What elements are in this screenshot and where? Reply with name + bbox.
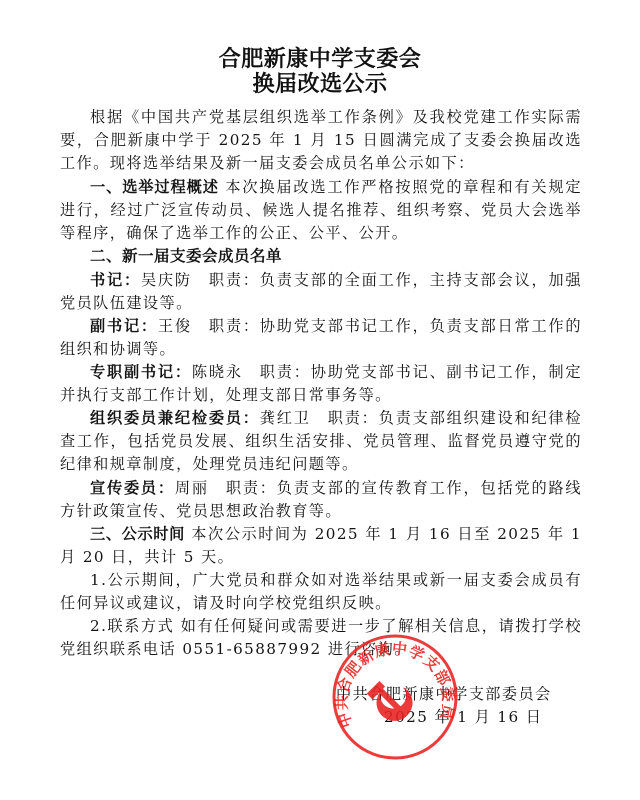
member-entry-organization-discipline: 组织委员兼纪检委员：龚红卫 职责：负责支部组织建设和纪律检查工作，包括党员发展、… — [60, 407, 582, 477]
member-role: 组织委员兼纪检委员： — [90, 409, 260, 427]
signature-date: 2025 年 1 月 16 日 — [384, 706, 542, 729]
notice-item-1: 1.公示期间，广大党员和群众如对选举结果或新一届支委会成员有任何异议或建议，请及… — [60, 569, 582, 615]
section2-heading: 二、新一届支委会成员名单 — [60, 245, 582, 268]
member-name: 陈晓永 — [192, 363, 243, 381]
member-role: 专职副书记： — [90, 363, 192, 381]
member-role: 书记： — [90, 271, 141, 289]
section1-heading: 一、选举过程概述 — [90, 178, 219, 196]
signature-organization: 中共合肥新康中学支部委员会 — [336, 683, 552, 706]
member-role: 宣传委员： — [90, 479, 175, 497]
section3-heading: 三、公示时间 — [90, 525, 185, 543]
document-title-line1: 合肥新康中学支委会 — [0, 48, 640, 72]
section3-paragraph: 三、公示时间 本次公示时间为 2025 年 1 月 16 日至 2025 年 1… — [60, 523, 582, 569]
member-entry-fulltime-deputy-secretary: 专职副书记：陈晓永 职责：协助党支部书记、副书记工作，制定并执行支部工作计划，处… — [60, 361, 582, 407]
member-name: 王俊 — [158, 317, 192, 335]
document-title-line2: 换届改选公示 — [0, 73, 640, 97]
member-name: 周丽 — [175, 479, 209, 497]
member-name: 龚红卫 — [260, 409, 311, 427]
member-entry-secretary: 书记：吴庆防 职责：负责支部的全面工作，主持支部会议，加强党员队伍建设等。 — [60, 269, 582, 315]
member-entry-deputy-secretary: 副书记：王俊 职责：协助党支部书记工作，负责支部日常工作的组织和协调等。 — [60, 315, 582, 361]
member-role: 副书记： — [90, 317, 158, 335]
intro-paragraph: 根据《中国共产党基层组织选举工作条例》及我校党建工作实际需要，合肥新康中学于 2… — [60, 106, 582, 176]
member-name: 吴庆防 — [141, 271, 192, 289]
section1-paragraph: 一、选举过程概述 本次换届改选工作严格按照党的章程和有关规定进行，经过广泛宣传动… — [60, 176, 582, 246]
member-entry-publicity: 宣传委员：周丽 职责：负责支部的宣传教育工作，包括党的路线方针政策宣传、党员思想… — [60, 477, 582, 523]
notice-item-2: 2.联系方式 如有任何疑问或需要进一步了解相关信息，请拨打学校党组织联系电话 0… — [60, 615, 582, 661]
